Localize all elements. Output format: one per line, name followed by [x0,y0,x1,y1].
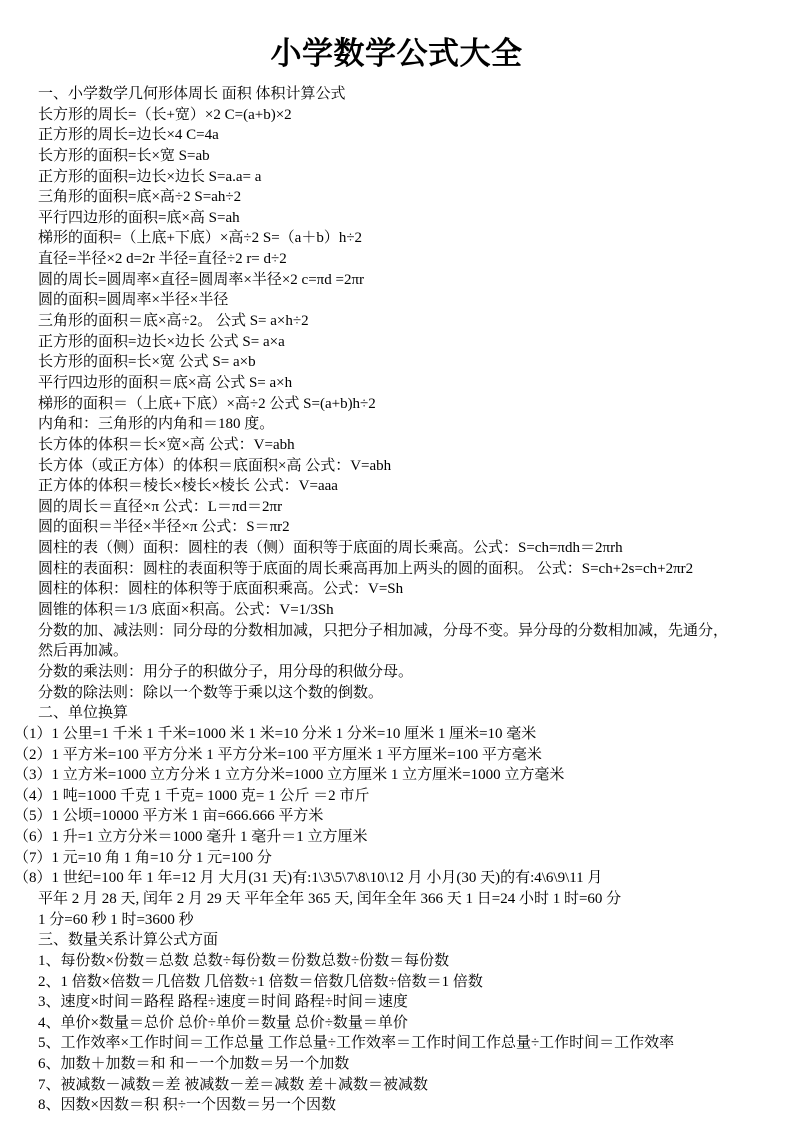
document-title: 小学数学公式大全 [0,33,793,75]
text-line: 三角形的面积=底×高÷2 S=ah÷2 [38,187,789,208]
text-line: 正方形的面积=边长×边长 S=a.a= a [38,167,789,188]
text-line: 圆柱的表（侧）面积：圆柱的表（侧）面积等于底面的周长乘高。公式：S=ch=πdh… [38,538,789,559]
text-line: 分数的除法则：除以一个数等于乘以这个数的倒数。 [38,683,789,704]
text-line: 长方形的面积=长×宽 S=ab [38,146,789,167]
text-line: 圆的周长=圆周率×直径=圆周率×半径×2 c=πd =2πr [38,270,789,291]
text-line: （8）1 世纪=100 年 1 年=12 月 大月(31 天)有:1\3\5\7… [14,868,789,889]
text-line: （2）1 平方米=100 平方分米 1 平方分米=100 平方厘米 1 平方厘米… [14,745,789,766]
text-line: 圆柱的体积：圆柱的体积等于底面积乘高。公式：V=Sh [38,579,789,600]
text-line: 3、速度×时间＝路程 路程÷速度＝时间 路程÷时间＝速度 [38,992,789,1013]
text-line: 圆的周长＝直径×π 公式：L＝πd＝2πr [38,497,789,518]
text-line: 长方体的体积＝长×宽×高 公式：V=abh [38,435,789,456]
text-line: 三角形的面积＝底×高÷2。 公式 S= a×h÷2 [38,311,789,332]
text-line: （7）1 元=10 角 1 角=10 分 1 元=100 分 [14,848,789,869]
text-line: 7、被减数－减数＝差 被减数－差＝减数 差＋减数＝被减数 [38,1075,789,1096]
text-line: 圆的面积=圆周率×半径×半径 [38,290,789,311]
text-line: 二、单位换算 [38,703,789,724]
text-line: 内角和：三角形的内角和＝180 度。 [38,414,789,435]
text-line: 1、每份数×份数＝总数 总数÷每份数＝份数总数÷份数＝每份数 [38,951,789,972]
text-line: 6、加数＋加数＝和 和－一个加数＝另一个加数 [38,1054,789,1075]
text-line: 分数的乘法则：用分子的积做分子，用分母的积做分母。 [38,662,789,683]
text-line: （3）1 立方米=1000 立方分米 1 立方分米=1000 立方厘米 1 立方… [14,765,789,786]
text-line: 2、1 倍数×倍数＝几倍数 几倍数÷1 倍数＝倍数几倍数÷倍数＝1 倍数 [38,972,789,993]
text-line: 一、小学数学几何形体周长 面积 体积计算公式 [38,84,789,105]
text-line: 然后再加减。 [38,641,789,662]
text-line: 长方形的周长=（长+宽）×2 C=(a+b)×2 [38,105,789,126]
text-line: 平行四边形的面积=底×高 S=ah [38,208,789,229]
text-line: 正方形的面积=边长×边长 公式 S= a×a [38,332,789,353]
document-body: 一、小学数学几何形体周长 面积 体积计算公式长方形的周长=（长+宽）×2 C=(… [0,84,793,1116]
text-line: 长方体（或正方体）的体积＝底面积×高 公式：V=abh [38,456,789,477]
text-line: 平年 2 月 28 天, 闰年 2 月 29 天 平年全年 365 天, 闰年全… [38,889,789,910]
text-line: 8、因数×因数＝积 积÷一个因数＝另一个因数 [38,1095,789,1116]
text-line: 圆锥的体积＝1/3 底面×积高。公式：V=1/3Sh [38,600,789,621]
text-line: 正方体的体积＝棱长×棱长×棱长 公式：V=aaa [38,476,789,497]
text-line: （6）1 升=1 立方分米＝1000 毫升 1 毫升＝1 立方厘米 [14,827,789,848]
text-line: 4、单价×数量＝总价 总价÷单价＝数量 总价÷数量＝单价 [38,1013,789,1034]
text-line: 平行四边形的面积＝底×高 公式 S= a×h [38,373,789,394]
document-page: 小学数学公式大全 一、小学数学几何形体周长 面积 体积计算公式长方形的周长=（长… [0,0,793,1122]
text-line: 圆柱的表面积：圆柱的表面积等于底面的周长乘高再加上两头的圆的面积。 公式：S=c… [38,559,789,580]
text-line: 梯形的面积=（上底+下底）×高÷2 S=（a＋b）h÷2 [38,228,789,249]
text-line: 正方形的周长=边长×4 C=4a [38,125,789,146]
text-line: 5、工作效率×工作时间＝工作总量 工作总量÷工作效率＝工作时间工作总量÷工作时间… [38,1033,789,1054]
text-line: （1）1 公里=1 千米 1 千米=1000 米 1 米=10 分米 1 分米=… [14,724,789,745]
text-line: 直径=半径×2 d=2r 半径=直径÷2 r= d÷2 [38,249,789,270]
text-line: （4）1 吨=1000 千克 1 千克= 1000 克= 1 公斤 ＝2 市斤 [14,786,789,807]
text-line: 1 分=60 秒 1 时=3600 秒 [38,910,789,931]
text-line: 分数的加、减法则：同分母的分数相加减，只把分子相加减，分母不变。异分母的分数相加… [38,621,789,642]
text-line: （5）1 公顷=10000 平方米 1 亩=666.666 平方米 [14,806,789,827]
text-line: 三、数量关系计算公式方面 [38,930,789,951]
text-line: 圆的面积＝半径×半径×π 公式：S＝πr2 [38,517,789,538]
text-line: 长方形的面积=长×宽 公式 S= a×b [38,352,789,373]
text-line: 梯形的面积＝（上底+下底）×高÷2 公式 S=(a+b)h÷2 [38,394,789,415]
